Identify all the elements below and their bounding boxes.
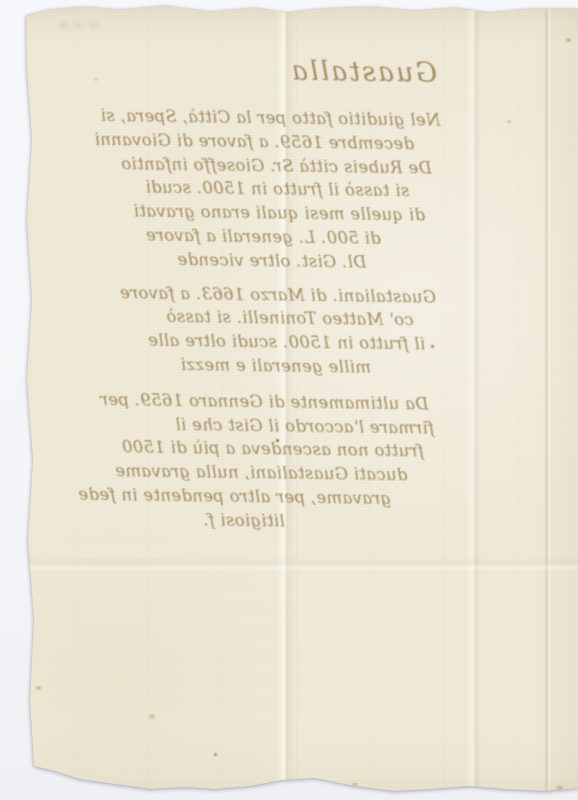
fox-spot bbox=[94, 78, 98, 81]
fox-spot bbox=[352, 783, 358, 786]
letter-line: Dl. Gist. oltre vicende bbox=[52, 246, 438, 275]
mirrored-ink-showthrough: Guastalla Nel giuditio fatto per la Citt… bbox=[49, 45, 442, 535]
fox-spot bbox=[566, 38, 571, 42]
pencil-inscription: ≈≈≈ bbox=[58, 18, 144, 42]
vertical-fold-line-right bbox=[466, 0, 482, 800]
scanned-document: ≈≈≈ Guastalla Nel giuditio fatto per la … bbox=[0, 0, 578, 800]
horizontal-fold-line bbox=[28, 556, 578, 572]
fox-spot bbox=[149, 714, 155, 719]
ink-speck bbox=[431, 345, 434, 348]
fox-spot bbox=[36, 686, 41, 690]
dust-speck bbox=[214, 753, 217, 756]
dust-speck bbox=[507, 120, 511, 123]
ink-speck bbox=[276, 439, 279, 442]
fox-spot bbox=[556, 786, 563, 790]
letter-heading: Guastalla bbox=[55, 45, 442, 96]
letter-page: ≈≈≈ Guastalla Nel giuditio fatto per la … bbox=[0, 0, 578, 800]
paper-shadow: ≈≈≈ Guastalla Nel giuditio fatto per la … bbox=[0, 0, 578, 800]
edge-crease-line bbox=[544, 0, 551, 800]
letter-body: Nel giuditio fatto per la Città, Spera, … bbox=[49, 103, 441, 535]
